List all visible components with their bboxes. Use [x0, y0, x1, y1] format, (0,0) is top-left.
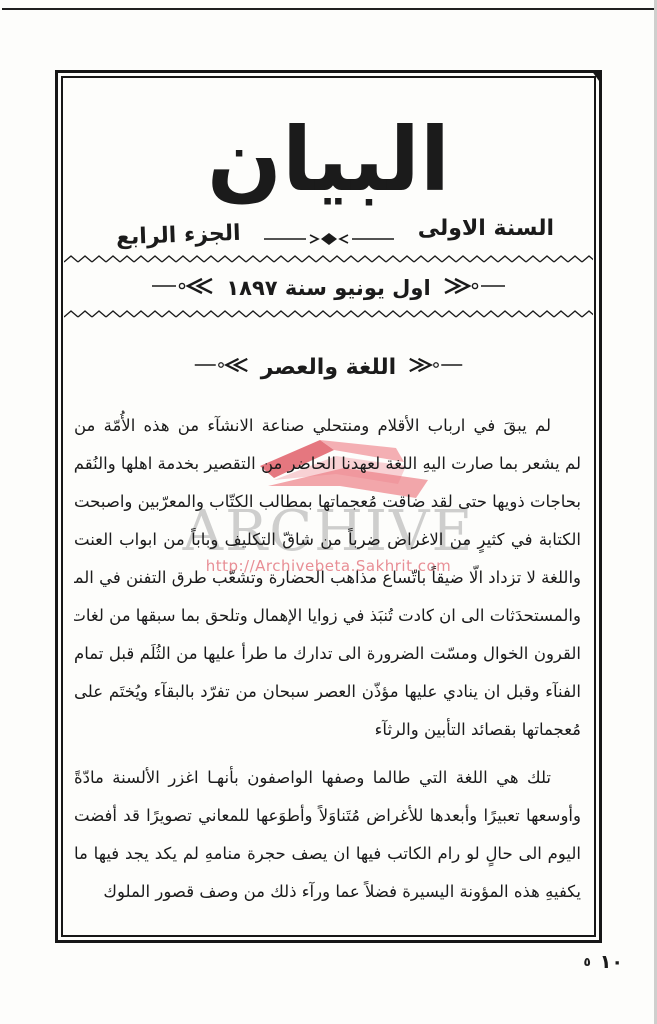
page-border-frame: البيان السنة الاولى الجزء الرابع: [55, 70, 602, 943]
paragraph: لم يبقَ في ارباب الأقلام ومنتحلي صناعة ا…: [74, 407, 581, 749]
issue-date-row: اول يونيو سنة ١٨٩٧: [58, 270, 599, 306]
fleuron-left-icon: [150, 276, 214, 300]
issue-date: اول يونيو سنة ١٨٩٧: [226, 276, 430, 300]
text-line: والمستحدَثات الى ان كادت تُنبَذ في زوايا…: [74, 597, 581, 635]
text-line: مُعجماتها بقصائد التأبين والرثآء: [74, 711, 581, 749]
text-line: الفنآء وقبل ان ينادي عليها مؤذّن العصر س…: [74, 673, 581, 711]
page-number-value: ١٠: [600, 951, 623, 973]
text-line: الكتابة في كثيرٍ من الاغراض ضرباً من شاق…: [74, 521, 581, 559]
paragraph: تلك هي اللغة التي طالما وصفها الواصفون ب…: [74, 759, 581, 911]
frame-corner-wedge: [591, 70, 602, 85]
text-line: واللغة لا تزداد الّا ضيقاً باتّساع مذاهب…: [74, 559, 581, 597]
fleuron-right-icon: [408, 356, 464, 378]
fleuron-right-icon: [443, 276, 507, 300]
text-line: القرون الخوال ومسّت الضرورة الى تدارك ما…: [74, 635, 581, 673]
article-heading-row: اللغة والعصر: [58, 350, 599, 384]
diamond-arrow-divider-icon: [58, 231, 599, 250]
text-line: بحاجات ذويها حتى لقد ضاقت مُعجماتها بمطا…: [74, 483, 581, 521]
wavy-rule-bottom: [64, 309, 593, 319]
text-line: لم يشعر بما صارت اليهِ اللغة لعهدنا الحا…: [74, 445, 581, 483]
article-body: لم يبقَ في ارباب الأقلام ومنتحلي صناعة ا…: [74, 407, 581, 921]
page-number: ٥ ١٠: [583, 951, 623, 973]
scan-top-edge-line: [2, 8, 654, 10]
text-line: وأوسعها تعبيرًا وأبعدها للأغراض مُتَناوَ…: [74, 797, 581, 835]
scanned-journal-page: { "masthead": { "title": "البيان", "year…: [0, 0, 657, 1024]
journal-title: البيان: [58, 91, 599, 229]
text-line: تلك هي اللغة التي طالما وصفها الواصفون ب…: [74, 759, 581, 797]
text-line: يكفيهِ هذه المؤونة اليسيرة فضلاً عما ورآ…: [74, 873, 581, 911]
fleuron-left-icon: [193, 356, 249, 378]
text-line: اليوم الى حالٍ لو رام الكاتب فيها ان يصف…: [74, 835, 581, 873]
text-line: لم يبقَ في ارباب الأقلام ومنتحلي صناعة ا…: [74, 407, 581, 445]
article-title: اللغة والعصر: [261, 355, 396, 380]
page-number-ornament: ٥: [583, 955, 590, 969]
wavy-rule-top: [64, 254, 593, 264]
